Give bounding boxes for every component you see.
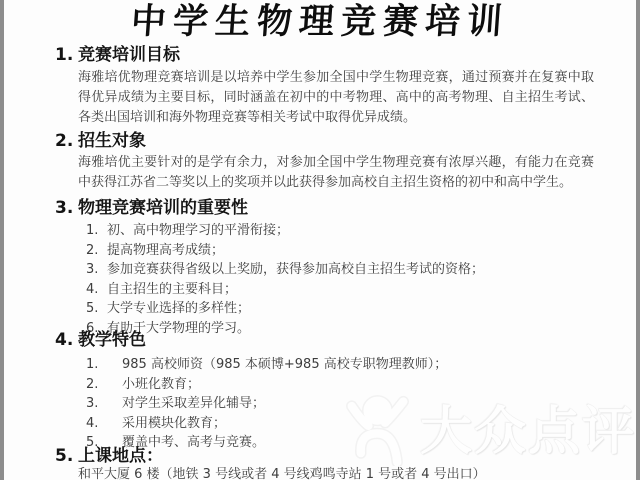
section-3-heading: 3. 物理竞赛培训的重要性 [55, 197, 248, 219]
list-item-text: 自主招生的主要科目； [107, 280, 237, 300]
section-1-heading: 1. 竞赛培训目标 [55, 44, 180, 66]
list-item: 2. 提高物理高考成绩； [86, 241, 596, 261]
list-item-text: 大学专业选择的多样性； [107, 299, 250, 319]
list-item: 4. 自主招生的主要科目； [86, 280, 596, 300]
list-item-number: 4. [86, 414, 122, 434]
section-5-heading: 5. 上课地点： [55, 445, 163, 467]
list-item: 1. 初、高中物理学习的平滑衔接； [86, 221, 596, 241]
section-4-title: 教学特色 [78, 329, 146, 351]
section-2-number: 2. [55, 130, 78, 152]
document-title: 中学生物理竞赛培训 [0, 0, 640, 44]
list-item-text: 对学生采取差异化辅导； [122, 394, 265, 414]
list-item-number: 5. [86, 299, 107, 319]
section-3-title: 物理竞赛培训的重要性 [78, 197, 248, 219]
list-item-text: 985 高校师资（985 本硕博+985 高校专职物理教师）； [122, 355, 447, 375]
section-2-title: 招生对象 [78, 130, 146, 152]
list-item: 1. 985 高校师资（985 本硕博+985 高校专职物理教师）； [86, 355, 596, 375]
list-item-number: 2. [86, 375, 122, 395]
list-item-text: 采用模块化教育； [122, 414, 226, 434]
list-item-number: 1. [86, 355, 122, 375]
list-item: 6. 有助于大学物理的学习。 [86, 319, 596, 339]
section-1-title: 竞赛培训目标 [78, 44, 180, 66]
list-item-number: 3. [86, 394, 122, 414]
list-item-text: 初、高中物理学习的平滑衔接； [107, 221, 289, 241]
list-item-number: 4. [86, 280, 107, 300]
dianping-watermark: 大众点评 [338, 394, 636, 470]
list-item: 3. 参加竞赛获得省级以上奖励，获得参加高校自主招生考试的资格； [86, 260, 596, 280]
section-5-number: 5. [55, 445, 78, 467]
section-2-heading: 2. 招生对象 [55, 130, 146, 152]
list-item-text: 参加竞赛获得省级以上奖励，获得参加高校自主招生考试的资格； [107, 260, 484, 280]
list-item: 2. 小班化教育； [86, 375, 596, 395]
section-4-number: 4. [55, 329, 78, 351]
list-item-text: 小班化教育； [122, 375, 200, 395]
list-item: 5. 大学专业选择的多样性； [86, 299, 596, 319]
dianping-brand-text: 大众点评 [420, 396, 636, 468]
list-item-number: 2. [86, 241, 107, 261]
list-item-number: 1. [86, 221, 107, 241]
section-1-paragraph: 海雅培优物理竞赛培训是以培养中学生参加全国中学生物理竞赛，通过预赛并在复赛中取得… [78, 68, 594, 128]
scan-edge-right [636, 0, 640, 480]
section-3-number: 3. [55, 197, 78, 219]
scan-edge-left [0, 0, 4, 480]
dianping-person-icon [338, 394, 414, 470]
list-item-text: 提高物理高考成绩； [107, 241, 224, 261]
section-4-heading: 4. 教学特色 [55, 329, 146, 351]
section-5-title: 上课地点： [78, 445, 163, 467]
section-1-number: 1. [55, 44, 78, 66]
document-page: 中学生物理竞赛培训 1. 竞赛培训目标 海雅培优物理竞赛培训是以培养中学生参加全… [0, 0, 640, 480]
section-2-paragraph: 海雅培优主要针对的是学有余力，对参加全国中学生物理竞赛有浓厚兴趣，有能力在竞赛中… [78, 153, 594, 193]
list-item-number: 3. [86, 260, 107, 280]
section-3-list: 1. 初、高中物理学习的平滑衔接； 2. 提高物理高考成绩； 3. 参加竞赛获得… [86, 221, 596, 338]
